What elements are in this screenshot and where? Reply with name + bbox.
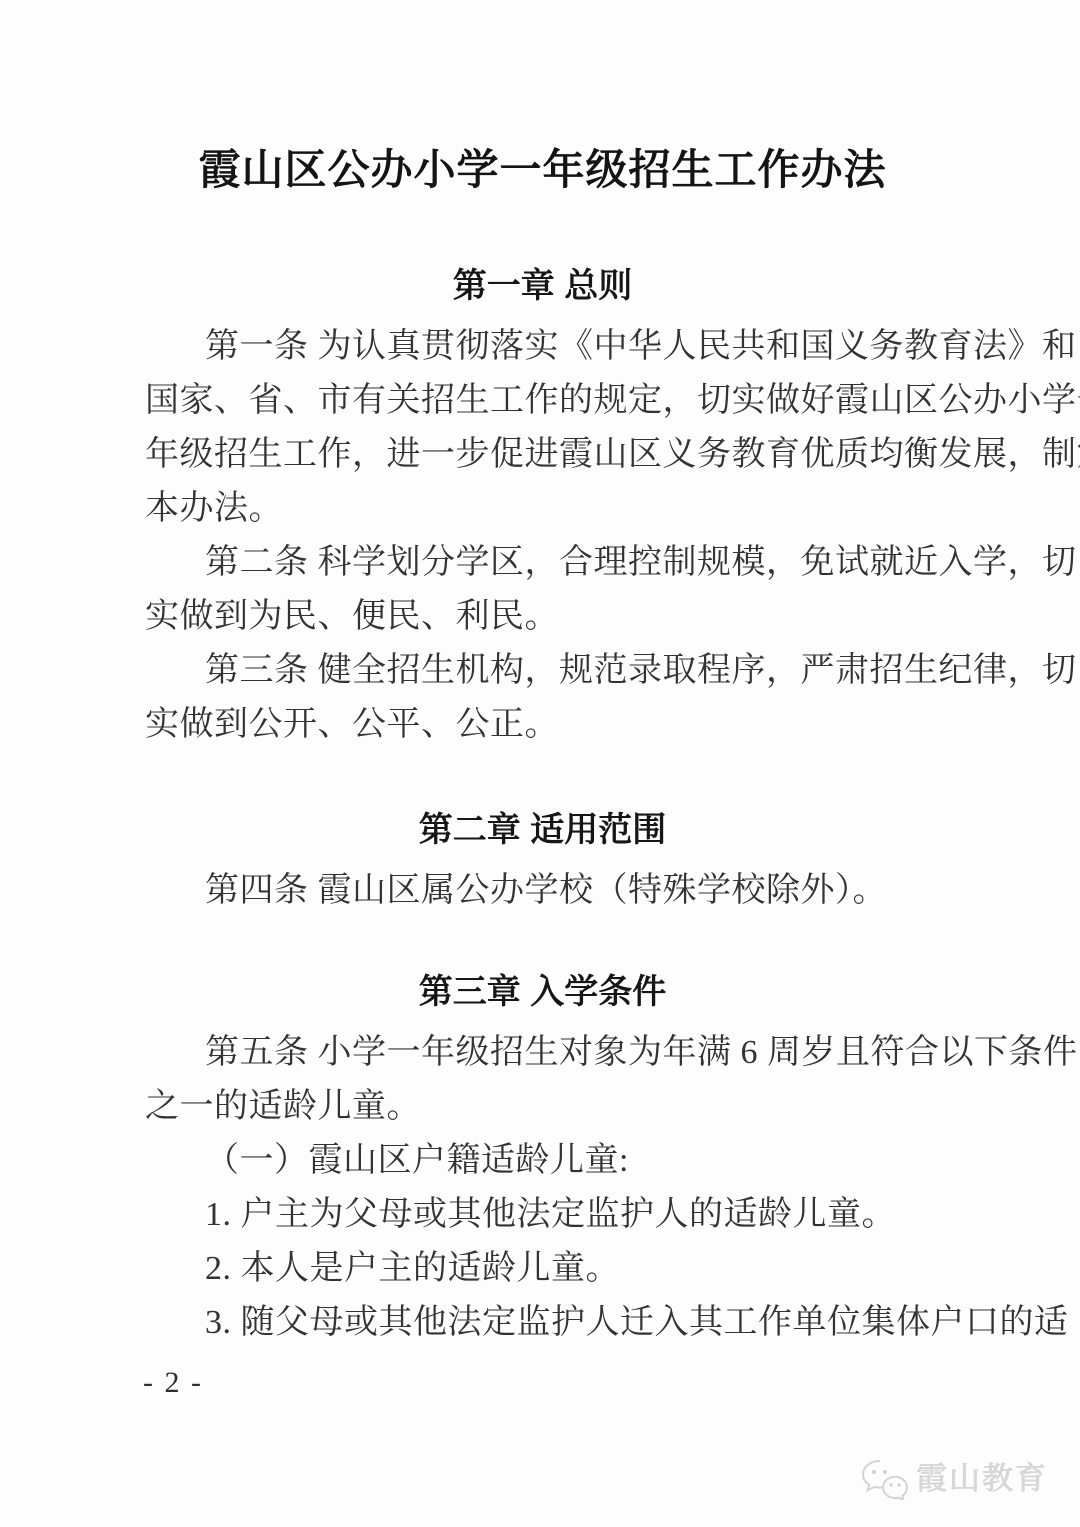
text-line: 实做到为民、便民、利民。 xyxy=(145,590,940,644)
watermark: 霞山教育 xyxy=(860,1458,1048,1500)
document-title: 霞山区公办小学一年级招生工作办法 xyxy=(145,148,940,194)
text-line: 实做到公开、公平、公正。 xyxy=(145,698,940,752)
chapter-3-heading: 第三章 入学条件 xyxy=(145,974,940,1010)
text-line: 年级招生工作，进一步促进霞山区义务教育优质均衡发展，制定 xyxy=(145,428,940,482)
text-line: 2. 本人是户主的适龄儿童。 xyxy=(145,1242,940,1296)
text-line: 第一条 为认真贯彻落实《中华人民共和国义务教育法》和 xyxy=(145,320,940,374)
text-line: 第二条 科学划分学区，合理控制规模，免试就近入学，切 xyxy=(145,536,940,590)
chapter-2-text: 第四条 霞山区属公办学校（特殊学校除外）。 xyxy=(145,864,940,918)
page-number: - 2 - xyxy=(143,1366,203,1400)
text-line: 第四条 霞山区属公办学校（特殊学校除外）。 xyxy=(145,864,940,918)
chapter-2: 第二章 适用范围 第四条 霞山区属公办学校（特殊学校除外）。 xyxy=(145,812,940,918)
chapter-1-text: 第一条 为认真贯彻落实《中华人民共和国义务教育法》和 国家、省、市有关招生工作的… xyxy=(145,320,940,752)
wechat-icon xyxy=(860,1458,910,1500)
chapter-3: 第三章 入学条件 第五条 小学一年级招生对象为年满 6 周岁且符合以下条件 之一… xyxy=(145,974,940,1350)
chapter-3-text: 第五条 小学一年级招生对象为年满 6 周岁且符合以下条件 之一的适龄儿童。 （一… xyxy=(145,1026,940,1350)
text-line: 国家、省、市有关招生工作的规定，切实做好霞山区公办小学一 xyxy=(145,374,940,428)
text-line: 本办法。 xyxy=(145,482,940,536)
watermark-label: 霞山教育 xyxy=(916,1459,1048,1499)
chapter-1-heading: 第一章 总则 xyxy=(145,268,940,304)
text-line: 第三条 健全招生机构，规范录取程序，严肃招生纪律，切 xyxy=(145,644,940,698)
text-line: （一）霞山区户籍适龄儿童: xyxy=(145,1134,940,1188)
chapter-1: 第一章 总则 第一条 为认真贯彻落实《中华人民共和国义务教育法》和 国家、省、市… xyxy=(145,268,940,752)
text-line: 1. 户主为父母或其他法定监护人的适龄儿童。 xyxy=(145,1188,940,1242)
document-page: 霞山区公办小学一年级招生工作办法 第一章 总则 第一条 为认真贯彻落实《中华人民… xyxy=(0,0,1080,1527)
chapter-2-heading: 第二章 适用范围 xyxy=(145,812,940,848)
document-body: 霞山区公办小学一年级招生工作办法 第一章 总则 第一条 为认真贯彻落实《中华人民… xyxy=(145,148,940,1350)
text-line: 之一的适龄儿童。 xyxy=(145,1080,940,1134)
text-line: 3. 随父母或其他法定监护人迁入其工作单位集体户口的适 xyxy=(145,1296,940,1350)
text-line: 第五条 小学一年级招生对象为年满 6 周岁且符合以下条件 xyxy=(145,1026,940,1080)
